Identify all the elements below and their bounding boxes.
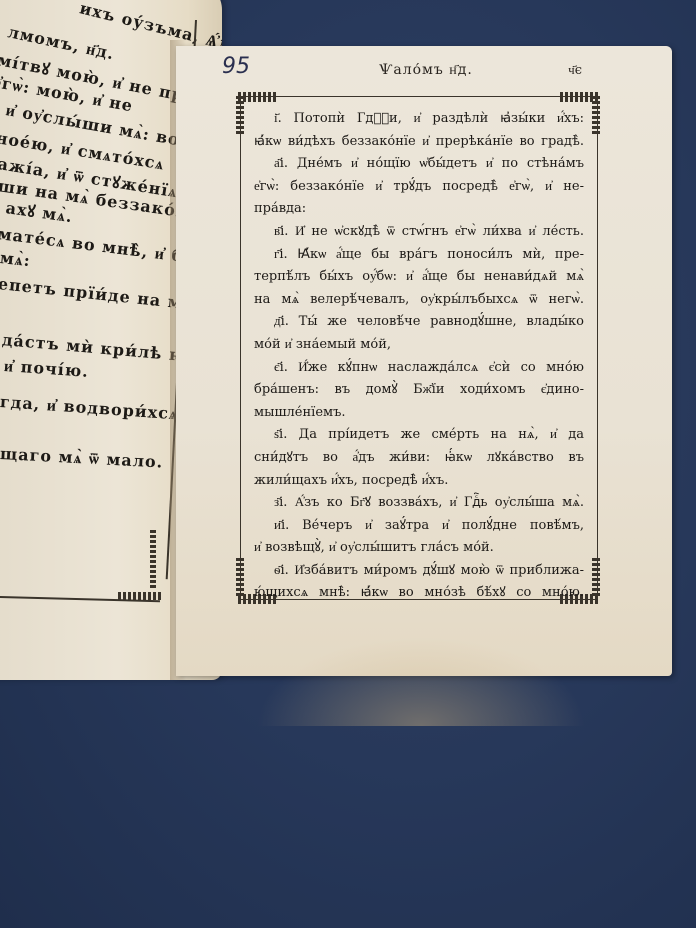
verse-line: мышле́нїемъ.: [254, 402, 584, 425]
left-line: щаго мѧ̀ ѿ мало.: [0, 444, 164, 473]
water-stain: [256, 636, 586, 726]
ornament-icon: [236, 556, 244, 596]
verse-line: ꙗ҆́кѡ ви́дѣхъ беззако́нїе и҆ прерѣка́нїе…: [254, 131, 584, 154]
verse-line: е҆гѡ̀: беззако́нїе и҆ трꙋ́дъ посредѣ̀ е҆…: [254, 176, 584, 199]
ornament-icon: [118, 592, 162, 600]
verse-line: г҃і. Ꙗ҆́кѡ а҆́ще бы вра́гъ поноси́лъ мѝ,…: [254, 244, 584, 267]
verse-line: и҆ возвѣщꙋ̀, и҆ оу҆слы́шитъ гла́съ мо́й.: [254, 537, 584, 560]
verse-line: и҃і. Ве́черъ и҆ заꙋ́тра и҆ полꙋ́дне повѣ…: [254, 515, 584, 538]
verse-line: є҃і. И҆́же кꙋ́пнѡ наслажда́лсѧ є҆сѝ со м…: [254, 357, 584, 380]
verse-line: а҃і. Дне́мъ и҆ но́щїю ѡ҆бы́детъ и҆ по ст…: [254, 153, 584, 176]
verse-line: сни́дꙋтъ во а҆́дъ жи́ви: ꙗ҆́кѡ лꙋка́вств…: [254, 447, 584, 470]
ornament-icon: [236, 94, 244, 134]
psalm-text: і҃. Потопѝ Гдⷭ҇и, и҆ раздѣлѝ ꙗ҆зы́ки и҆́…: [254, 108, 584, 605]
left-line: и҆ почі́ю.: [3, 356, 89, 382]
verse-line: ѕ҃і. Да прі́идетъ же сме́рть на нѧ̀, и҆ …: [254, 424, 584, 447]
verse-line: на мѧ̀ велерѣ́чевалъ, оу҆кры́лъбыхсѧ ѿ н…: [254, 289, 584, 312]
ornament-icon: [592, 556, 600, 596]
verse-line: мо́й и҆ зна́емый мо́й,: [254, 334, 584, 357]
folio-number: ч҃є: [568, 62, 582, 78]
left-line: мѧ̀:: [0, 248, 32, 271]
handwritten-page-number: 95: [222, 54, 250, 79]
verse-line: д҃і. Ты́ же человѣ́че равнодꙋ́шне, влады…: [254, 311, 584, 334]
verse-line: і҃. Потопѝ Гдⷭ҇и, и҆ раздѣлѝ ꙗ҆зы́ки и҆́…: [254, 108, 584, 131]
verse-line: ю́щихсѧ мнѣ̀: ꙗ҆́кѡ во мно́зѣ бѣ́хꙋ со м…: [254, 582, 584, 605]
ornament-icon: [592, 94, 600, 134]
verse-line: жили́щахъ и҆́хъ, посредѣ̀ и҆́хъ.: [254, 470, 584, 493]
verse-line: бра́шенъ: въ домꙋ̀ Бж҃їи ходи́хомъ є҆дин…: [254, 379, 584, 402]
running-head: Ѱало́мъ н҃д.: [326, 62, 526, 79]
verse-line: в҃і. И҆ не ѡ҆скꙋдѣ̀ ѿ стѡ́гнъ е҆гѡ̀ ли́х…: [254, 221, 584, 244]
verse-line: ѳ҃і. И҆зба́витъ ми́ромъ дꙋ́шꙋ мою̀ ѿ при…: [254, 560, 584, 583]
verse-line: з҃і. А҆́зъ ко Бг҃ꙋ воззва́хъ, и҆ Гдⷭ҇ь о…: [254, 492, 584, 515]
right-page: 95 Ѱало́мъ н҃д. ч҃є і҃. Потопѝ Гдⷭ҇и, и҆…: [176, 46, 672, 676]
verse-line: терпѣ́лъ бы́хъ оу҆́бѡ: и҆ а҆́ще бы ненав…: [254, 266, 584, 289]
photo-scene: ихъ оу́зъма, Ѧ҆́лири лмомъ, н҃д. мі́твꙋ …: [0, 0, 696, 928]
ornament-icon: [150, 528, 156, 588]
verse-line: пра́вда:: [254, 198, 584, 221]
